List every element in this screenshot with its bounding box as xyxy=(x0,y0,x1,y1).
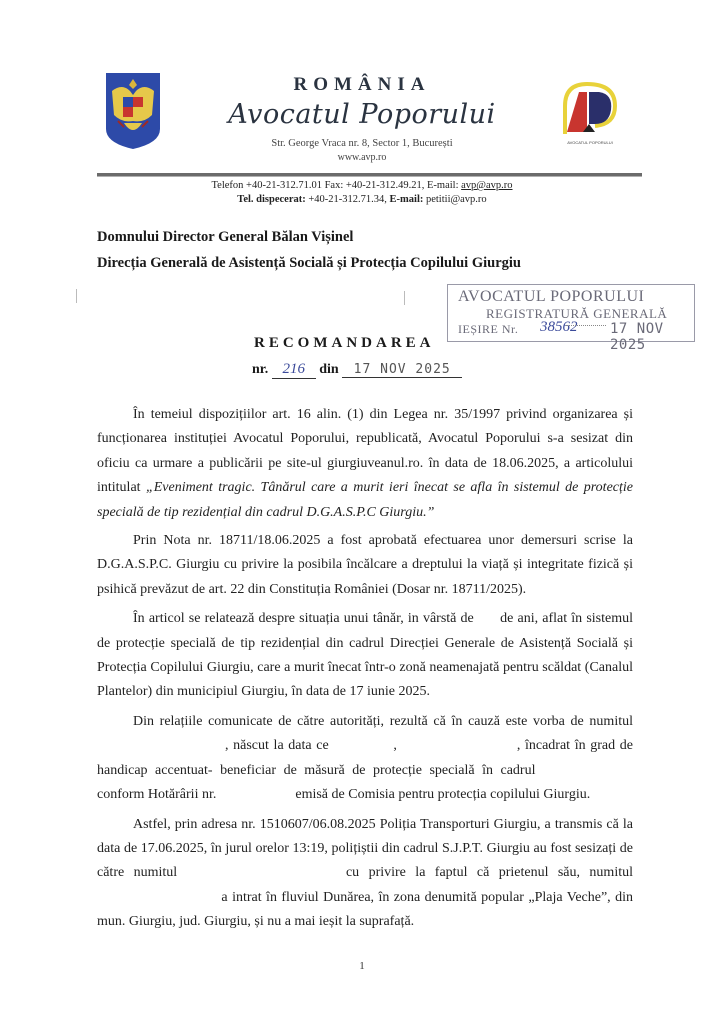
scan-mark xyxy=(404,291,405,305)
paragraph-2: Prin Nota nr. 18711/18.06.2025 a fost ap… xyxy=(97,529,633,602)
registration-stamp: AVOCATUL POPORULUI REGISTRATURĂ GENERALĂ… xyxy=(447,284,695,342)
paragraph-5: Astfel, prin adresa nr. 1510607/06.08.20… xyxy=(97,813,633,935)
document-number-line: nr. 216 din 17 NOV 2025 xyxy=(252,361,462,379)
addressee-name: Domnului Director General Bălan Vișinel xyxy=(97,229,353,246)
stamp-institution: AVOCATUL POPORULUI xyxy=(458,288,644,306)
dispatcher-label: Tel. dispecerat: xyxy=(237,194,305,205)
nr-label: nr. xyxy=(252,362,268,377)
article-title-quote: „Eveniment tragic. Tânărul care a murit … xyxy=(97,480,633,519)
header-divider xyxy=(97,173,642,177)
contact-email-link[interactable]: avp@avp.ro xyxy=(461,180,512,191)
page-number: 1 xyxy=(0,960,724,972)
svg-text:AVOCATUL POPORULUI: AVOCATUL POPORULUI xyxy=(567,140,613,145)
stamp-dots xyxy=(566,325,606,326)
contact-line-2: Tel. dispecerat: +40-21-312.71.34, E-mai… xyxy=(0,194,724,205)
dispatcher-phone: +40-21-312.71.34, xyxy=(306,194,390,205)
document-date: 17 NOV 2025 xyxy=(342,362,462,378)
paragraph-1: În temeiul dispozițiilor art. 16 alin. (… xyxy=(97,403,633,525)
contact-phone-fax: Telefon +40-21-312.71.01 Fax: +40-21-312… xyxy=(211,180,461,191)
document-number: 216 xyxy=(272,361,316,379)
stamp-exit-label: IEȘIRE Nr. xyxy=(458,322,518,337)
petitions-email-label: E-mail: xyxy=(390,194,424,205)
addressee-institution: Direcția Generală de Asistență Socială ș… xyxy=(97,255,521,272)
document-body: În temeiul dispozițiilor art. 16 alin. (… xyxy=(97,403,633,935)
document-title: RECOMANDAREA xyxy=(254,335,435,352)
din-label: din xyxy=(319,362,338,377)
paragraph-3: În articol se relatează despre situația … xyxy=(97,607,633,705)
contact-line-1: Telefon +40-21-312.71.01 Fax: +40-21-312… xyxy=(0,180,724,191)
petitions-email[interactable]: petitii@avp.ro xyxy=(423,194,486,205)
paragraph-4: Din relațiile comunicate de către autori… xyxy=(97,710,633,808)
avp-logo-icon: AVOCATUL POPORULUI xyxy=(555,78,625,150)
header-website: www.avp.ro xyxy=(0,152,724,163)
stamp-date: 17 NOV 2025 xyxy=(610,321,694,353)
scan-mark xyxy=(76,289,77,303)
stamp-number: 38562 xyxy=(540,319,578,336)
